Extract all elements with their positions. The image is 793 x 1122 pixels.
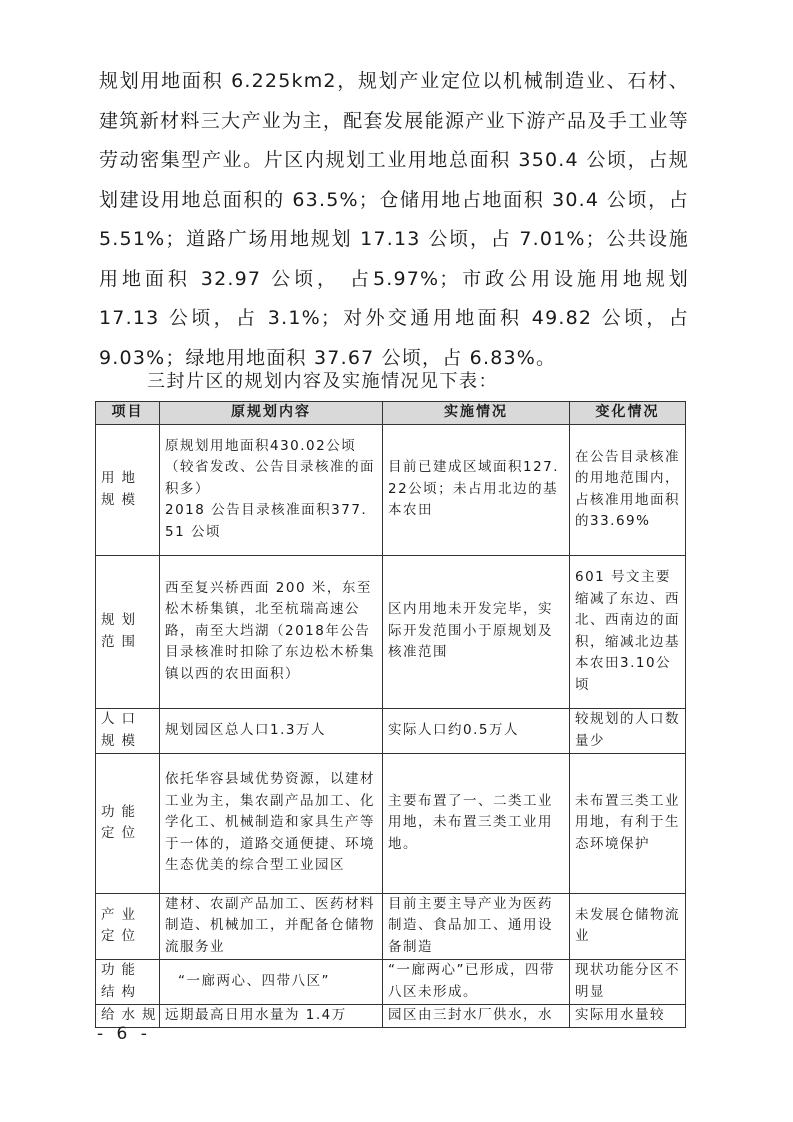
row-implementation: 区内用地未开发完毕，实际开发范围小于原规划及核准范围 [383, 555, 570, 708]
row-item: 用地规模 [96, 424, 160, 555]
row-implementation: 目前主要主导产业为医药制造、食品加工、通用设备制造 [383, 893, 570, 959]
row-implementation: “一廊两心”已形成，四带八区未形成。 [383, 959, 570, 1004]
row-change: 601 号文主要缩减了东边、西北、西南边的面积，缩减北边基本农田3.10公顷 [570, 555, 686, 708]
row-item: 人口规模 [96, 708, 160, 753]
row-original: “一廊两心、四带八区” [160, 959, 383, 1004]
row-original: 依托华容县域优势资源，以建材工业为主，集农副产品加工、化学化工、机械制造和家具生… [160, 753, 383, 893]
row-item: 功能结构 [96, 959, 160, 1004]
page-number: - 6 - [97, 1024, 151, 1044]
row-item: 产业定位 [96, 893, 160, 959]
row-change: 在公告目录核准的用地范围内，占核准用地面积的33.69% [570, 424, 686, 555]
row-change: 现状功能分区不明显 [570, 959, 686, 1004]
header-change: 变化情况 [570, 402, 686, 425]
row-original: 规划园区总人口1.3万人 [160, 708, 383, 753]
table-row: 产业定位 建材、农副产品加工、医药材料制造、机械加工，并配备仓储物流服务业 目前… [96, 893, 686, 959]
original-text: 原规划用地面积430.02公顷（较省发改、公告目录核准的面积多） [165, 436, 377, 501]
row-implementation: 园区由三封水厂供水，水 [383, 1004, 570, 1027]
row-original: 西至复兴桥西面 200 米，东至松木桥集镇，北至杭瑞高速公路，南至大垱湖（201… [160, 555, 383, 708]
header-implementation: 实施情况 [383, 402, 570, 425]
table-row: 功能结构 “一廊两心、四带八区” “一廊两心”已形成，四带八区未形成。 现状功能… [96, 959, 686, 1004]
row-item: 功能定位 [96, 753, 160, 893]
table-row: 人口规模 规划园区总人口1.3万人 实际人口约0.5万人 较规划的人口数量少 [96, 708, 686, 753]
table-intro: 三封片区的规划内容及实施情况见下表： [147, 367, 498, 393]
planning-comparison-table: 项目 原规划内容 实施情况 变化情况 用地规模 原规划用地面积430.02公顷（… [95, 401, 686, 1028]
row-original: 远期最高日用水量为 1.4万 [160, 1004, 383, 1027]
row-change: 未布置三类工业用地，有利于生态环境保护 [570, 753, 686, 893]
body-paragraph: 规划用地面积 6.225km2，规划产业定位以机械制造业、石材、建筑新材料三大产… [99, 62, 689, 378]
table-row: 用地规模 原规划用地面积430.02公顷（较省发改、公告目录核准的面积多） 20… [96, 424, 686, 555]
row-implementation: 主要布置了一、二类工业用地，未布置三类工业用地。 [383, 753, 570, 893]
row-change: 未发展仓储物流业 [570, 893, 686, 959]
row-original: 原规划用地面积430.02公顷（较省发改、公告目录核准的面积多） 2018 公告… [160, 424, 383, 555]
table-row: 功能定位 依托华容县域优势资源，以建材工业为主，集农副产品加工、化学化工、机械制… [96, 753, 686, 893]
header-original-plan: 原规划内容 [160, 402, 383, 425]
original-text-2: 2018 公告目录核准面积377.51 公顷 [165, 500, 377, 543]
planning-summary-text: 规划用地面积 6.225km2，规划产业定位以机械制造业、石材、建筑新材料三大产… [99, 62, 689, 378]
row-change: 较规划的人口数量少 [570, 708, 686, 753]
table-row: 规划范围 西至复兴桥西面 200 米，东至松木桥集镇，北至杭瑞高速公路，南至大垱… [96, 555, 686, 708]
row-implementation: 实际人口约0.5万人 [383, 708, 570, 753]
row-change: 实际用水量较 [570, 1004, 686, 1027]
row-implementation: 目前已建成区域面积127.22公顷；未占用北边的基本农田 [383, 424, 570, 555]
row-original: 建材、农副产品加工、医药材料制造、机械加工，并配备仓储物流服务业 [160, 893, 383, 959]
table-header-row: 项目 原规划内容 实施情况 变化情况 [96, 402, 686, 425]
table-row: 给水规 远期最高日用水量为 1.4万 园区由三封水厂供水，水 实际用水量较 [96, 1004, 686, 1027]
row-item: 规划范围 [96, 555, 160, 708]
header-item: 项目 [96, 402, 160, 425]
